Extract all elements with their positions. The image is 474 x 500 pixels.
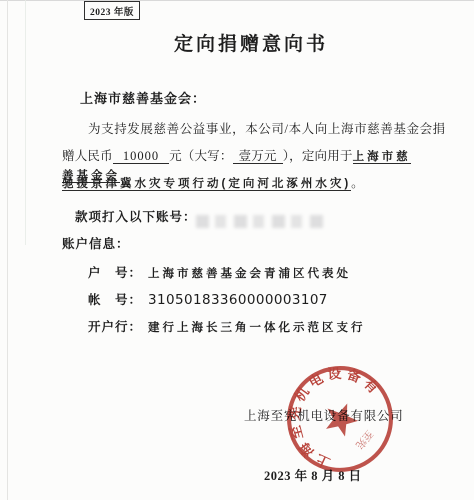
purpose-lead-text: ），定向用于 <box>283 149 353 163</box>
addressee-line: 上海市慈善基金会： <box>80 88 206 107</box>
seal-rim-text: 上海至宪机电设备有限公司 <box>261 340 392 483</box>
account-number-label: 帐 号： <box>88 293 142 307</box>
body-paragraph-line-3: 驰援京津冀水灾专项行动(定向河北涿州水灾)。 <box>62 174 424 193</box>
account-number-value: 31050183360000003107 <box>148 292 328 308</box>
body-paragraph-line-1: 为支持发展慈善公益事业，本公司/本人向上海市慈善基金会捐 <box>62 120 450 138</box>
amount-words-field: 壹万元 <box>233 149 283 164</box>
sentence-period: 。 <box>351 176 364 190</box>
account-holder-label: 户 号： <box>88 266 142 280</box>
page-title: 定向捐赠意向书 <box>14 29 474 56</box>
bank-branch-value: 建行上海长三角一体化示范区支行 <box>148 322 366 334</box>
amount-numeric-field: 10000 <box>113 149 169 164</box>
amount-prefix-text: 赠人民币 <box>62 149 113 163</box>
account-row-holder: 户 号：上海市慈善基金会青浦区代表处 <box>88 263 351 281</box>
scan-edge-left <box>7 0 8 500</box>
account-holder-value: 上海市慈善基金会青浦区代表处 <box>148 268 351 280</box>
payment-instruction: 款项打入以下账号： <box>75 207 197 225</box>
seal-star-icon <box>317 396 362 441</box>
account-info-heading: 账户信息： <box>62 234 130 252</box>
seal-ghost-marks: 至宪 <box>353 428 375 451</box>
purpose-field-part-2: 驰援京津冀水灾专项行动(定向河北涿州水灾) <box>62 178 351 191</box>
amount-mid-text: 元（大写： <box>169 149 233 163</box>
bank-branch-label: 开户行： <box>88 320 142 334</box>
version-label: 2023 年版 <box>90 4 134 18</box>
seal-rim-text-holder: 上海至宪机电设备有限公司 <box>261 340 392 483</box>
account-row-number: 帐 号：31050183360000003107 <box>88 290 328 308</box>
ink-bleedthrough-marks <box>196 215 324 228</box>
version-badge: 2023 年版 <box>84 1 140 20</box>
scan-edge-top <box>0 0 474 1</box>
account-row-bank: 开户行：建行上海长三角一体化示范区支行 <box>88 317 366 335</box>
donation-letter-scan: 2023 年版 定向捐赠意向书 上海市慈善基金会： 为支持发展慈善公益事业，本公… <box>0 0 474 500</box>
